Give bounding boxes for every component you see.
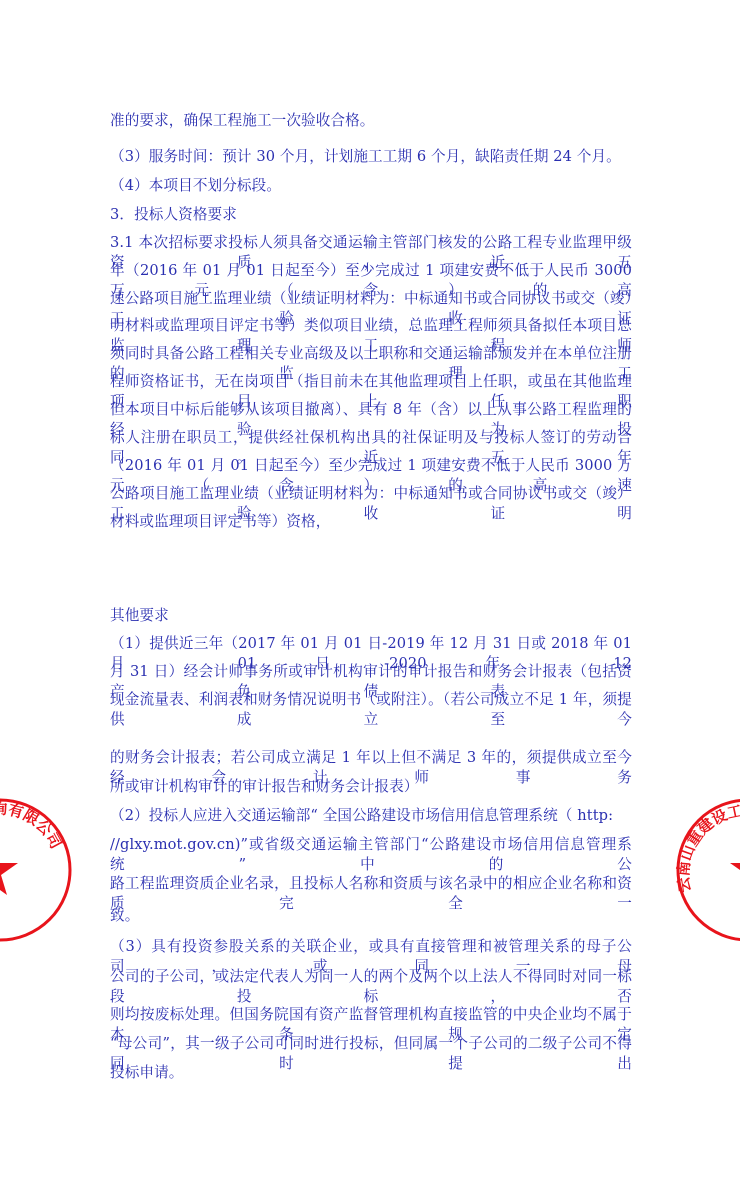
text-line: 所或审计机构审计的审计报告和财务会计报表）	[110, 777, 632, 797]
seal-stamp-icon: 云南山重建设工程	[673, 795, 740, 945]
text-line: 投标申请。	[110, 1063, 632, 1083]
text-line: （4）本项目不划分标段。	[110, 176, 632, 196]
text-line: （2）投标人应进入交通运输部“ 全国公路建设市场信用信息管理系统（ http:	[110, 806, 632, 826]
text-line: （3）服务时间：预计 30 个月，计划施工工期 6 个月，缺陷责任期 24 个月…	[110, 147, 632, 167]
right-company-seal: 云南山重建设工程	[673, 795, 740, 945]
svg-text:云南山重建设工程: 云南山重建设工程	[674, 801, 740, 893]
text-line: 致。	[110, 906, 632, 926]
text-line: 3．投标人资格要求	[110, 205, 632, 225]
text-line: 材料或监理项目评定书等）资格，	[110, 512, 632, 532]
text-line: 其他要求	[110, 606, 632, 626]
text-line: 准的要求，确保工程施工一次验收合格。	[110, 111, 632, 131]
document-page: 准的要求，确保工程施工一次验收合格。（3）服务时间：预计 30 个月，计划施工工…	[0, 0, 740, 1200]
text-line: 公司的子公司，或法定代表人为同一人的两个及两个以上法人不得同时对同一标段投标，否	[110, 967, 632, 1007]
text-line: 现金流量表、利润表和财务情况说明书（或附注）。（若公司成立不足 1 年，须提供成…	[110, 690, 632, 730]
seal-stamp-icon: 招标咨询有限公司	[0, 795, 75, 945]
text-line: //glxy.mot.gov.cn)”或省级交通运输主管部门“公路建设市场信用信…	[110, 835, 632, 875]
left-company-seal: 招标咨询有限公司	[0, 795, 75, 945]
